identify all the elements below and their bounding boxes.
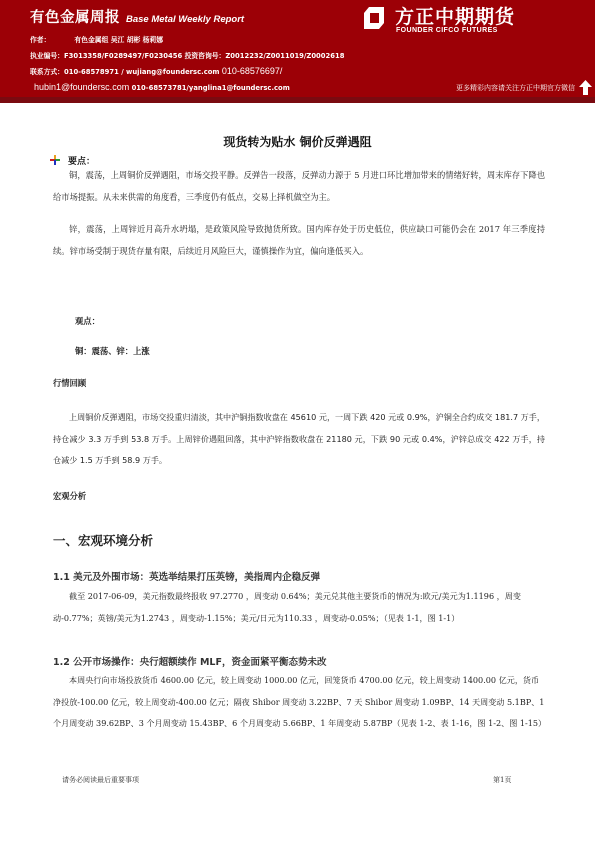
authors-line: 作者：有色金属组 吴江 胡彬 杨莉娜 — [30, 34, 163, 44]
section-1-1-text: 截至 2017-06-09，美元指数最终报收 97.2770 ，周变动 0.64… — [53, 586, 545, 629]
authors: 有色金属组 吴江 胡彬 杨莉娜 — [74, 36, 163, 44]
macro-heading: 宏观分析 — [53, 490, 86, 502]
market-review-body: 上周铜价反弹遇阻，市场交投重归清淡，其中沪铜指数收盘在 45610 元，一周下跌… — [53, 412, 545, 465]
founder-cifco-logo: 方正中期期货 FOUNDER CIFCO FUTURES — [363, 3, 563, 39]
keypoint-zinc-text: 锌，震荡，上周锌近月高升水坍塌，是政策风险导致抛货所致。国内库存处于历史低位，供… — [53, 224, 545, 256]
license-line: 执业编号：F3013358/F0289497/F0230456 投资咨询号：Z0… — [30, 50, 344, 60]
view-heading: 观点： — [75, 315, 100, 327]
report-title-cn: 有色金属周报 — [30, 10, 120, 26]
consult-label: 投资咨询号： — [185, 52, 226, 60]
contact-label: 联系方式： — [30, 68, 64, 76]
market-review-heading: 行情回顾 — [53, 377, 86, 389]
document-title: 现货转为贴水 铜价反弹遇阻 — [0, 133, 595, 150]
section-1-2-body: 本周央行向市场投放货币 4600.00 亿元，较上周变动 1000.00 亿元，… — [53, 675, 546, 728]
view-text: 铜：震荡、锌：上涨 — [75, 345, 150, 357]
diamond-bullet-icon — [50, 155, 60, 165]
wechat-note[interactable]: 更多精彩内容请关注方正中期官方微信 — [456, 83, 575, 93]
keypoint-copper: 铜，震荡，上周铜价反弹遇阻，市场交投平静。反弹告一段落，反弹动力源于 5 月进口… — [53, 165, 545, 208]
contact-email-yanglina[interactable]: 010-68573781/yanglina1@foundersc.com — [132, 84, 290, 92]
license-numbers: F3013358/F0289497/F0230456 — [64, 52, 182, 60]
report-title: 有色金属周报Base Metal Weekly Report — [30, 6, 244, 27]
keypoint-copper-text: 铜，震荡，上周铜价反弹遇阻，市场交投平静。反弹告一段落，反弹动力源于 5 月进口… — [53, 170, 545, 202]
section-1-2-heading: 1.2 公开市场操作：央行超额续作 MLF，资金面紧平衡态势未改 — [53, 654, 326, 668]
market-review-text: 上周铜价反弹遇阻，市场交投重归清淡，其中沪铜指数收盘在 45610 元，一周下跌… — [53, 407, 545, 472]
section-1-2-text: 本周央行向市场投放货币 4600.00 亿元，较上周变动 1000.00 亿元，… — [53, 670, 545, 735]
up-arrow-icon[interactable] — [579, 80, 592, 95]
header-divider — [0, 97, 595, 103]
keypoint-zinc: 锌，震荡，上周锌近月高升水坍塌，是政策风险导致抛货所致。国内库存处于历史低位，供… — [53, 219, 545, 262]
logo-mark-icon — [363, 6, 385, 30]
report-header: 有色金属周报Base Metal Weekly Report 作者：有色金属组 … — [0, 0, 595, 97]
report-title-en: Base Metal Weekly Report — [126, 14, 244, 25]
contact-phone: 010-68576697/ — [222, 66, 283, 76]
section-1-1-body: 截至 2017-06-09，美元指数最终报收 97.2770 ，周变动 0.64… — [53, 591, 521, 623]
page-number: 第1页 — [493, 775, 511, 785]
contact-email-wujiang[interactable]: 010-68578971 / wujiang@foundersc.com — [64, 68, 220, 76]
section-1-heading: 一、宏观环境分析 — [53, 531, 153, 549]
contact-line: 联系方式：010-68578971 / wujiang@foundersc.co… — [30, 66, 282, 76]
logo-text-en: FOUNDER CIFCO FUTURES — [396, 27, 498, 34]
logo-text-cn: 方正中期期货 — [395, 2, 515, 29]
authors-label: 作者： — [30, 36, 50, 44]
footer-disclaimer: 请务必阅读最后重要事项 — [62, 775, 139, 785]
consult-numbers: Z0012232/Z0011019/Z0002618 — [225, 52, 344, 60]
section-1-1-heading: 1.1 美元及外围市场：英选举结果打压英镑，美指周内企稳反弹 — [53, 569, 320, 583]
contact-line-2: hubin1@foundersc.com 010-68573781/yangli… — [34, 82, 290, 92]
license-label: 执业编号： — [30, 52, 64, 60]
contact-email-hubin[interactable]: hubin1@foundersc.com — [34, 82, 129, 92]
